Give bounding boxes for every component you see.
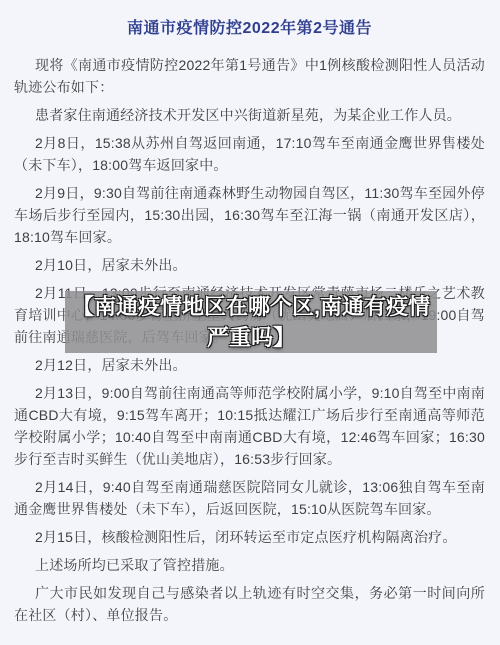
notice-paragraph-intro: 现将《南通市疫情防控2022年第1号通告》中1例核酸检测阳性人员活动轨迹公布如下… — [14, 54, 485, 98]
notice-paragraph-feb13: 2月13日，9:00自驾前往南通高等师范学校附属小学，9:10自驾至中南南通CB… — [14, 382, 485, 470]
notice-paragraph-feb8: 2月8日，15:38从苏州自驾返回南通，17:10驾车至南通金鹰世界售楼处（未下… — [14, 132, 485, 176]
notice-paragraph-feb14: 2月14日，9:40自驾至南通瑞慈医院陪同女儿就诊，13:06独自驾车至南通金鹰… — [14, 476, 485, 520]
notice-paragraph-residence: 患者家住南通经济技术开发区中兴街道新星苑，为某企业工作人员。 — [14, 104, 485, 126]
notice-paragraph-control-measures: 上述场所均已采取了管控措施。 — [14, 554, 485, 576]
notice-paragraph-report-advice: 广大市民如发现自己与感染者以上轨迹有时空交集，务必第一时间向所在社区（村）、单位… — [14, 582, 485, 626]
notice-paragraph-feb12: 2月12日，居家未外出。 — [14, 354, 485, 376]
watermark-text-line1: 【南通疫情地区在哪个区,南通有疫情 — [72, 291, 430, 322]
notice-paragraph-feb9: 2月9日，9:30自驾前往南通森林野生动物园自驾区，11:30驾车至园外停车场后… — [14, 182, 485, 248]
notice-paragraph-feb10: 2月10日，居家未外出。 — [14, 254, 485, 276]
notice-paragraph-feb15: 2月15日，核酸检测阳性后，闭环转运至市定点医疗机构隔离治疗。 — [14, 526, 485, 548]
watermark-overlay: 【南通疫情地区在哪个区,南通有疫情 严重吗】 — [65, 291, 437, 353]
notice-title: 南通市疫情防控2022年第2号通告 — [14, 18, 485, 40]
notice-page: 南通市疫情防控2022年第2号通告 现将《南通市疫情防控2022年第1号通告》中… — [0, 0, 500, 645]
watermark-text-line2: 严重吗】 — [207, 322, 295, 353]
